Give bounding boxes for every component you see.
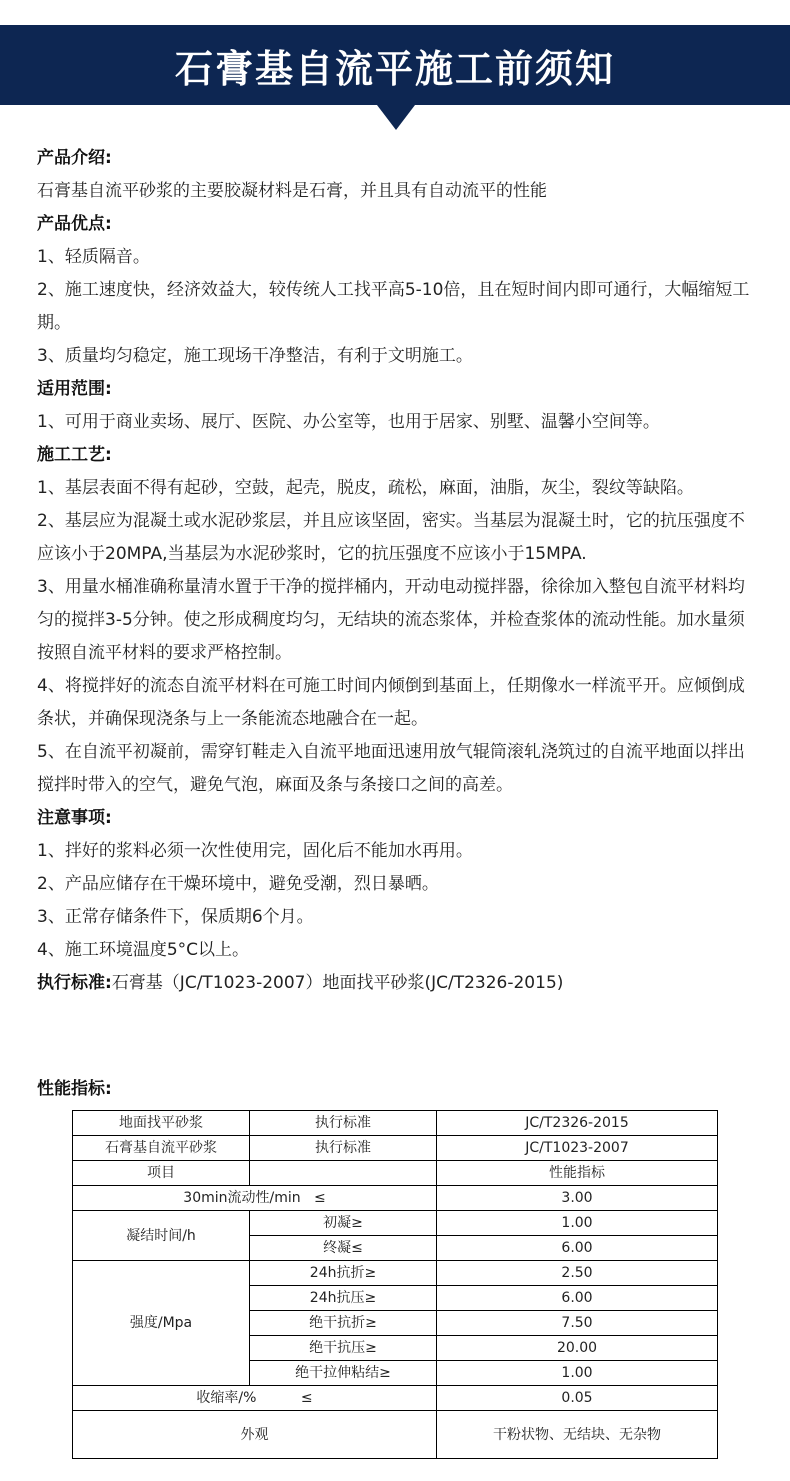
content-body: 产品介绍: 石膏基自流平砂浆的主要胶凝材料是石膏，并且具有自动流平的性能 产品优… (37, 142, 757, 1000)
table-cell: JC/T2326-2015 (437, 1111, 718, 1136)
page-title: 石膏基自流平施工前须知 (0, 25, 790, 105)
process-item: 5、在自流平初凝前，需穿钉鞋走入自流平地面迅速用放气辊筒滚轧浇筑过的自流平地面以… (37, 736, 757, 802)
table-cell: 强度/Mpa (73, 1261, 250, 1386)
table-row: 项目 性能指标 (73, 1161, 718, 1186)
section-heading-process: 施工工艺: (37, 439, 757, 472)
advantage-item: 2、施工速度快，经济效益大，较传统人工找平高5-10倍，且在短时间内即可通行，大… (37, 274, 757, 340)
table-cell: 20.00 (437, 1336, 718, 1361)
note-item: 4、施工环境温度5°C以上。 (37, 934, 757, 967)
advantage-item: 3、质量均匀稳定，施工现场干净整洁，有利于文明施工。 (37, 340, 757, 373)
scope-item: 1、可用于商业卖场、展厅、医院、办公室等，也用于居家、别墅、温馨小空间等。 (37, 406, 757, 439)
table-cell: 地面找平砂浆 (73, 1111, 250, 1136)
note-item: 2、产品应储存在干燥环境中，避免受潮，烈日暴晒。 (37, 868, 757, 901)
execution-standard: 执行标准:石膏基（JC/T1023-2007）地面找平砂浆(JC/T2326-2… (37, 967, 757, 1000)
table-cell: 绝干抗压≥ (250, 1336, 437, 1361)
table-cell: 绝干抗折≥ (250, 1311, 437, 1336)
advantage-item: 1、轻质隔音。 (37, 241, 757, 274)
table-cell: 性能指标 (437, 1161, 718, 1186)
table-row: 外观 干粉状物、无结块、无杂物 (73, 1411, 718, 1459)
table-cell: 绝干拉伸粘结≥ (250, 1361, 437, 1386)
process-item: 1、基层表面不得有起砂，空鼓，起壳，脱皮，疏松，麻面，油脂，灰尘，裂纹等缺陷。 (37, 472, 757, 505)
table-cell: 24h抗压≥ (250, 1286, 437, 1311)
table-cell (250, 1161, 437, 1186)
table-row: 收缩率/% ≤ 0.05 (73, 1386, 718, 1411)
execution-standard-label: 执行标准: (37, 973, 112, 993)
table-row: 强度/Mpa 24h抗折≥ 2.50 (73, 1261, 718, 1286)
table-row: 30min流动性/min ≤ 3.00 (73, 1186, 718, 1211)
table-cell: 凝结时间/h (73, 1211, 250, 1261)
table-cell: 石膏基自流平砂浆 (73, 1136, 250, 1161)
table-cell: 24h抗折≥ (250, 1261, 437, 1286)
table-cell: 执行标准 (250, 1136, 437, 1161)
table-cell: 1.00 (437, 1361, 718, 1386)
table-cell: 30min流动性/min ≤ (73, 1186, 437, 1211)
banner-pointer-arrow (377, 105, 415, 130)
table-cell: 3.00 (437, 1186, 718, 1211)
table-cell: 2.50 (437, 1261, 718, 1286)
table-cell: 初凝≥ (250, 1211, 437, 1236)
table-cell: 1.00 (437, 1211, 718, 1236)
execution-standard-value: 石膏基（JC/T1023-2007）地面找平砂浆(JC/T2326-2015) (112, 973, 564, 993)
table-cell: 6.00 (437, 1236, 718, 1261)
note-item: 3、正常存储条件下，保质期6个月。 (37, 901, 757, 934)
section-heading-intro: 产品介绍: (37, 142, 757, 175)
process-item: 3、用量水桶准确称量清水置于干净的搅拌桶内，开动电动搅拌器，徐徐加入整包自流平材… (37, 571, 757, 670)
table-row: 地面找平砂浆 执行标准 JC/T2326-2015 (73, 1111, 718, 1136)
table-cell: 干粉状物、无结块、无杂物 (437, 1411, 718, 1459)
table-cell: 6.00 (437, 1286, 718, 1311)
process-item: 2、基层应为混凝土或水泥砂浆层，并且应该坚固，密实。当基层为混凝土时，它的抗压强… (37, 505, 757, 571)
note-item: 1、拌好的浆料必须一次性使用完，固化后不能加水再用。 (37, 835, 757, 868)
section-heading-scope: 适用范围: (37, 373, 757, 406)
table-row: 石膏基自流平砂浆 执行标准 JC/T1023-2007 (73, 1136, 718, 1161)
table-cell: JC/T1023-2007 (437, 1136, 718, 1161)
table-cell: 外观 (73, 1411, 437, 1459)
section-heading-performance: 性能指标: (37, 1074, 112, 1099)
table-cell: 终凝≤ (250, 1236, 437, 1261)
table-cell: 执行标准 (250, 1111, 437, 1136)
table-cell: 收缩率/% ≤ (73, 1386, 437, 1411)
section-heading-advantages: 产品优点: (37, 208, 757, 241)
intro-text: 石膏基自流平砂浆的主要胶凝材料是石膏，并且具有自动流平的性能 (37, 175, 757, 208)
table-cell: 7.50 (437, 1311, 718, 1336)
process-item: 4、将搅拌好的流态自流平材料在可施工时间内倾倒到基面上，任期像水一样流平开。应倾… (37, 670, 757, 736)
table-cell: 0.05 (437, 1386, 718, 1411)
section-heading-notes: 注意事项: (37, 802, 757, 835)
table-cell: 项目 (73, 1161, 250, 1186)
table-row: 凝结时间/h 初凝≥ 1.00 (73, 1211, 718, 1236)
performance-table: 地面找平砂浆 执行标准 JC/T2326-2015 石膏基自流平砂浆 执行标准 … (72, 1110, 718, 1459)
